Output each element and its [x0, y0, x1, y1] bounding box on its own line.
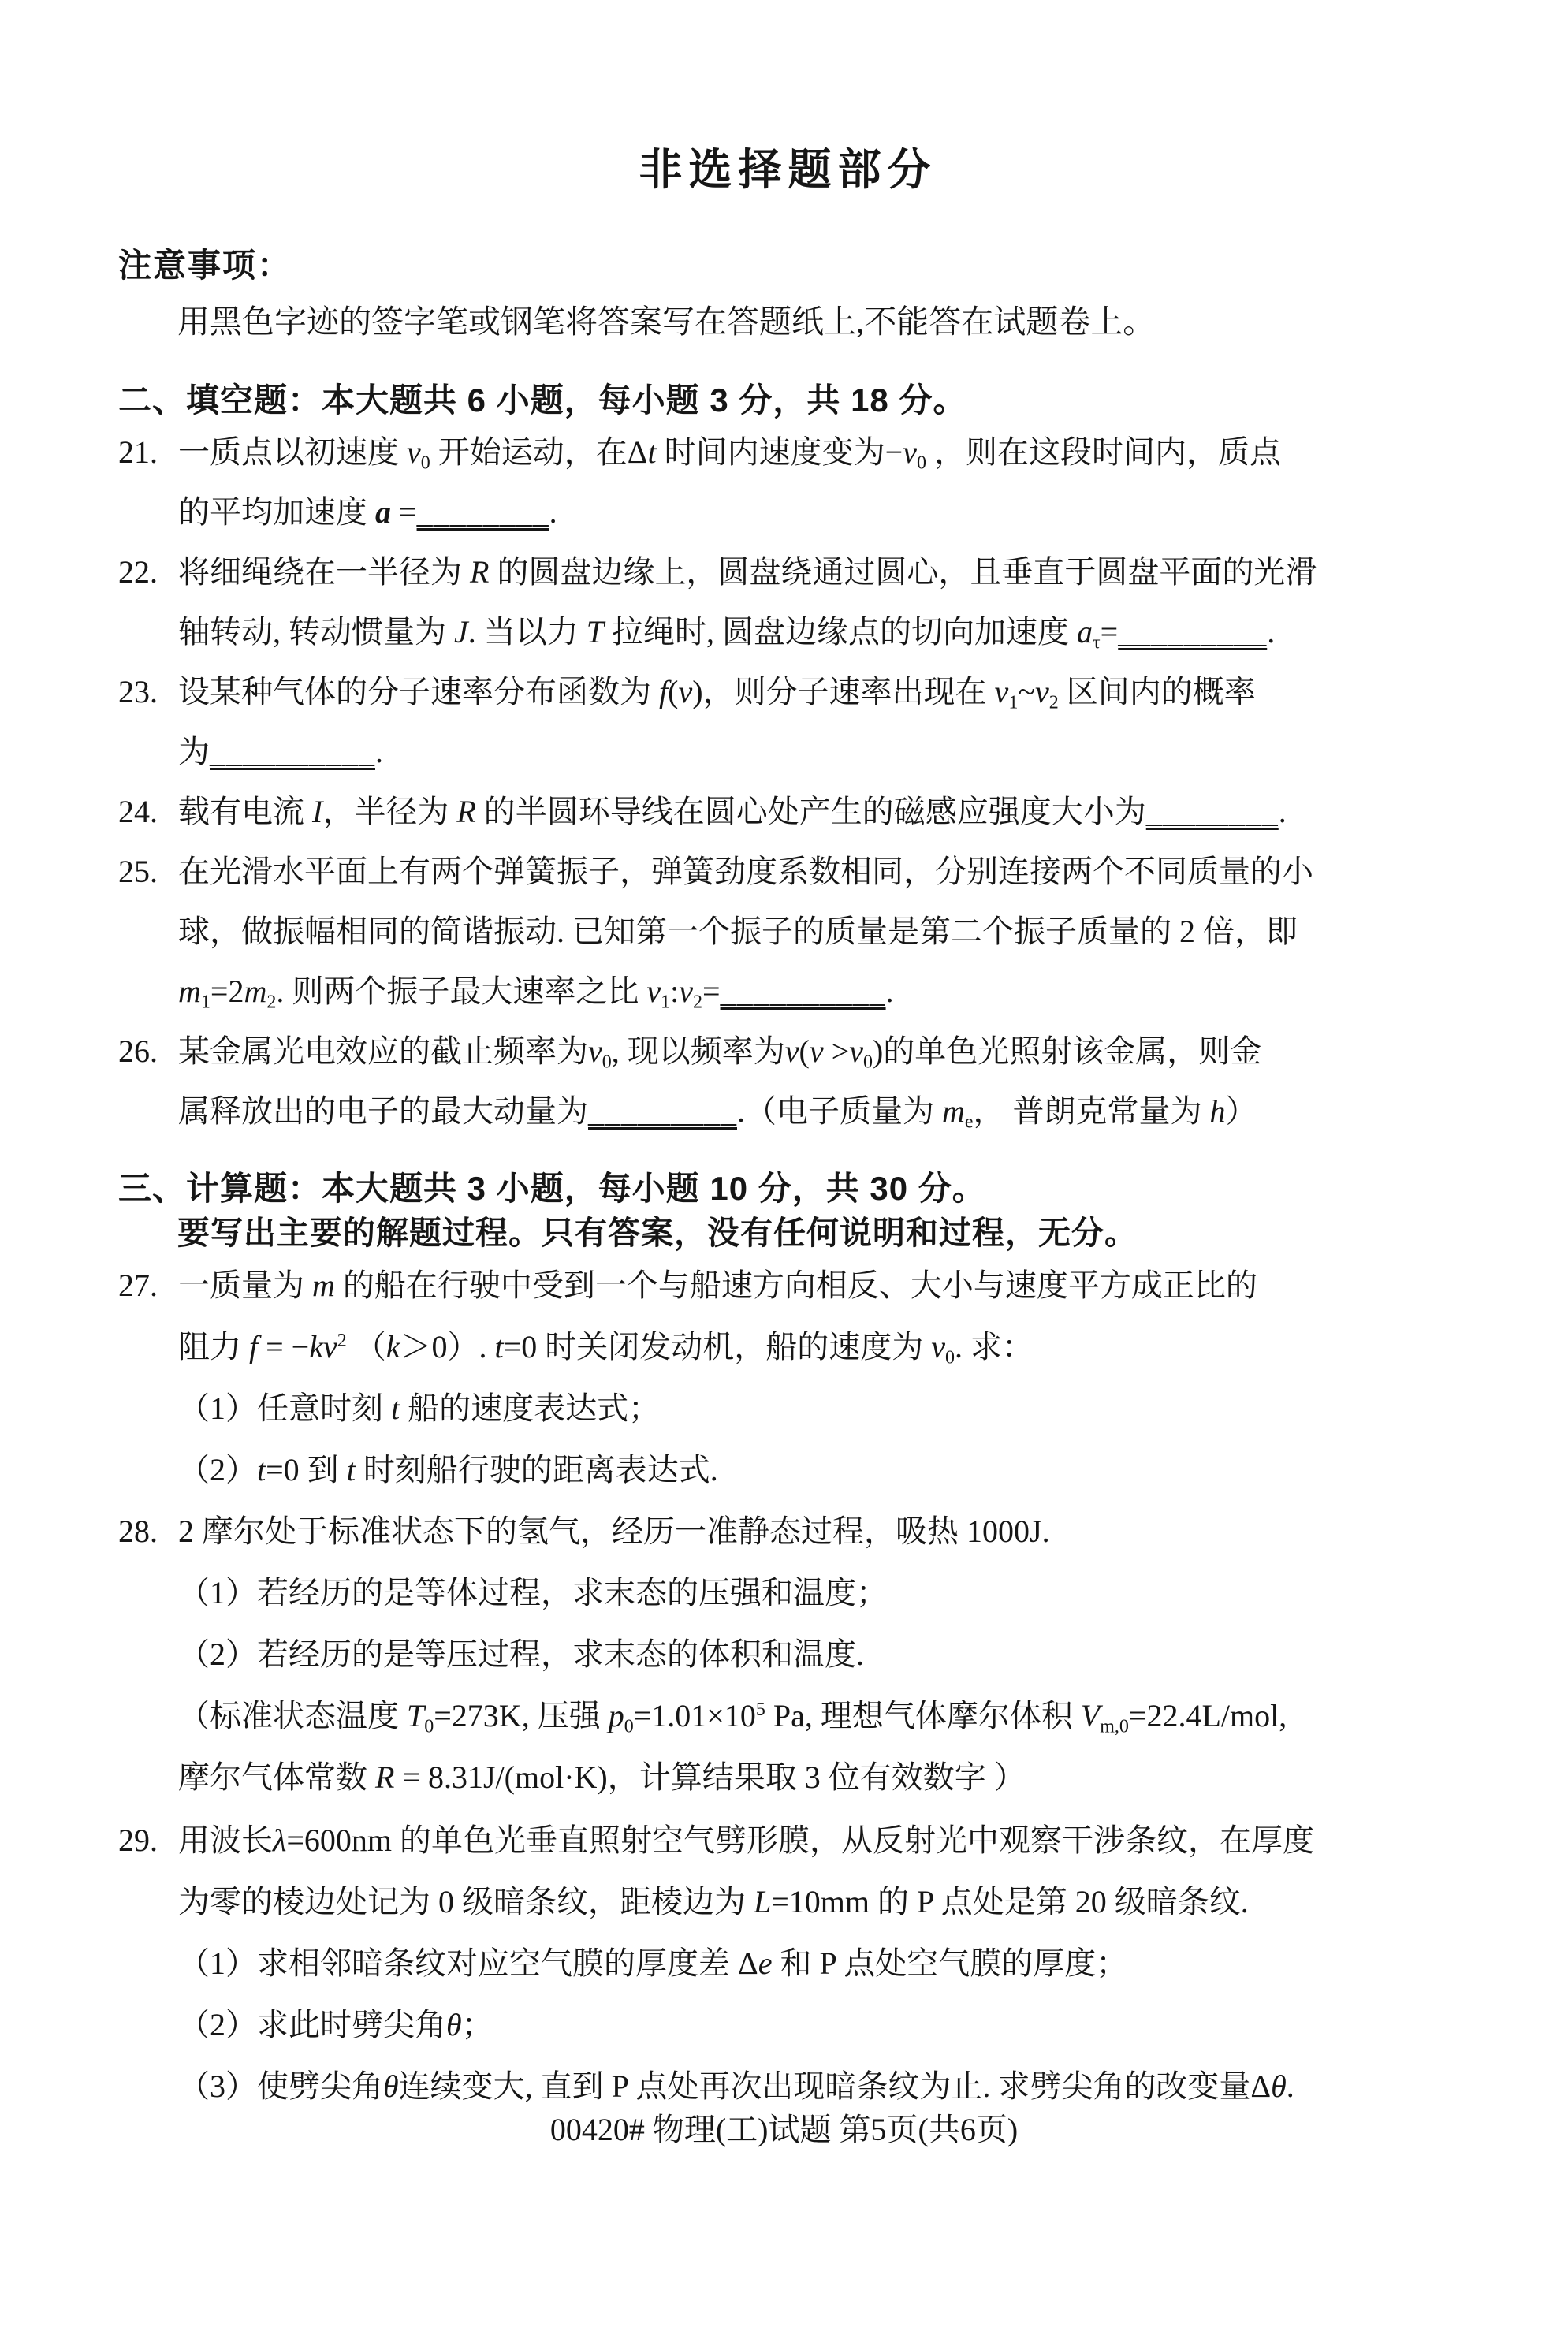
text-segment: > — [824, 1033, 850, 1069]
text-segment: = 8.31J/(mol·K)，计算结果取 3 位有效数字 ） — [394, 1759, 1025, 1795]
text-segment: 某金属光电效应的截止频率为 — [178, 1033, 588, 1069]
text-segment: ； — [462, 2007, 493, 2042]
page-title: 非选择题部分 — [118, 145, 1458, 194]
text-segment: m — [244, 974, 266, 1009]
text-segment: f — [249, 1329, 258, 1364]
text-segment: m,0 — [1100, 1717, 1129, 1737]
text-segment: I — [312, 794, 322, 829]
text-segment: （3）使劈尖角 — [178, 2068, 383, 2104]
question-29: 29. 用波长λ=600nm 的单色光垂直照射空气劈形膜，从反射光中观察干涉条纹… — [118, 1810, 1458, 2117]
question-line: 用波长λ=600nm 的单色光垂直照射空气劈形膜，从反射光中观察干涉条纹，在厚度 — [178, 1810, 1458, 1871]
text-segment: 2 — [337, 1331, 347, 1351]
text-segment: 0 — [624, 1717, 634, 1737]
text-segment: 连续变大, 直到 P 点处再次出现暗条纹为止. 求劈尖角的改变量Δ — [399, 2068, 1271, 2104]
fill-section-heading: 二、填空题：本大题共 6 小题，每小题 3 分，共 18 分。 — [118, 378, 1458, 423]
question-line: 轴转动, 转动惯量为 J. 当以力 T 拉绳时, 圆盘边缘点的切向加速度 aτ=… — [178, 602, 1458, 662]
text-segment: （2） — [178, 1452, 257, 1487]
answer-blank: __________ — [210, 734, 375, 769]
text-segment: . — [1279, 794, 1287, 829]
question-21: 21. 一质点以初速度 v0 开始运动，在Δt 时间内速度变为−v0 ，则在这段… — [118, 423, 1458, 542]
text-segment: =273K, 压强 — [434, 1698, 608, 1733]
text-segment: v — [646, 974, 661, 1009]
question-line: 阻力 f = −kv2 （k＞0）. t=0 时关闭发动机，船的速度为 v0. … — [178, 1316, 1458, 1378]
text-segment: T — [587, 614, 604, 650]
text-segment: 属释放出的电子的最大动量为 — [178, 1093, 588, 1129]
text-segment: ，则在这段时间内，质点 — [926, 434, 1281, 470]
text-segment: 一质量为 — [178, 1268, 312, 1303]
text-segment: 2 — [266, 992, 276, 1013]
question-number: 29. — [118, 1810, 158, 1871]
text-segment: 2 摩尔处于标准状态下的氢气，经历一准静态过程，吸热 1000J. — [178, 1513, 1050, 1549]
text-segment: e — [758, 1945, 773, 1981]
text-segment: 5 — [756, 1700, 765, 1720]
text-segment: , 现以频率为 — [612, 1033, 785, 1069]
question-line: 2 摩尔处于标准状态下的氢气，经历一准静态过程，吸热 1000J. — [178, 1501, 1458, 1562]
text-segment: 用波长 — [178, 1822, 273, 1858]
text-segment: . — [549, 494, 557, 530]
text-segment: （2）求此时劈尖角 — [178, 2007, 446, 2042]
text-segment: = — [702, 974, 721, 1009]
question-24: 24. 载有电流 I，半径为 R 的半圆环导线在圆心处产生的磁感应强度大小为__… — [118, 782, 1458, 842]
text-segment: 0 — [602, 1052, 612, 1073]
text-segment: 开始运动，在Δ — [430, 434, 648, 470]
text-segment: = — [1101, 614, 1119, 650]
text-segment: =0 时关闭发动机，船的速度为 — [504, 1329, 932, 1364]
answer-blank: _________ — [1118, 614, 1267, 650]
text-segment: （2）若经历的是等压过程，求末态的体积和温度. — [178, 1636, 864, 1672]
question-subitem: （1）若经历的是等体过程，求末态的压强和温度； — [178, 1562, 1458, 1624]
text-segment: .（电子质量为 — [737, 1093, 942, 1129]
text-segment: R — [456, 794, 475, 829]
text-segment: 0 — [421, 453, 430, 474]
question-line: 属释放出的电子的最大动量为_________.（电子质量为 me， 普朗克常量为… — [178, 1082, 1458, 1141]
text-segment: ， 普朗克常量为 — [974, 1093, 1210, 1129]
text-segment: . 当以力 — [468, 614, 587, 650]
answer-blank: __________ — [721, 974, 886, 1009]
text-segment: 时间内速度变为− — [657, 434, 903, 470]
text-segment: v — [931, 1329, 945, 1364]
text-segment: （1）任意时刻 — [178, 1391, 391, 1426]
text-segment: = — [391, 494, 417, 530]
calc-section-note: 要写出主要的解题过程。只有答案，没有任何说明和过程，无分。 — [118, 1211, 1458, 1255]
question-number: 26. — [118, 1022, 158, 1082]
question-subitem: （1）任意时刻 t 船的速度表达式； — [178, 1378, 1458, 1439]
question-number: 23. — [118, 662, 158, 722]
text-segment: = − — [258, 1329, 309, 1364]
question-subitem: （3）使劈尖角θ连续变大, 直到 P 点处再次出现暗条纹为止. 求劈尖角的改变量… — [178, 2056, 1458, 2117]
question-line: 的平均加速度 a =________. — [178, 482, 1458, 542]
question-number: 27. — [118, 1255, 158, 1316]
question-number: 24. — [118, 782, 158, 842]
text-segment: 船的速度表达式； — [400, 1391, 660, 1426]
text-segment: v — [903, 434, 917, 470]
text-segment: h — [1210, 1093, 1226, 1129]
text-segment: =0 到 — [266, 1452, 347, 1487]
answer-blank: _________ — [588, 1093, 737, 1129]
text-segment: k — [309, 1329, 323, 1364]
answer-blank: ________ — [417, 494, 549, 530]
text-segment: k — [386, 1329, 400, 1364]
text-segment: R — [470, 554, 489, 590]
text-segment: 将细绳绕在一半径为 — [178, 554, 470, 590]
question-number: 21. — [118, 423, 158, 482]
question-23: 23. 设某种气体的分子速率分布函数为 f(v)，则分子速率出现在 v1~v2 … — [118, 662, 1458, 782]
text-segment: 2 — [1049, 693, 1059, 713]
notes-body: 用黑色字迹的签字笔或钢笔将答案写在答题纸上,不能答在试题卷上。 — [118, 301, 1458, 342]
text-segment: v — [678, 674, 692, 709]
text-segment: τ — [1093, 633, 1101, 653]
answer-blank: ________ — [1146, 794, 1279, 829]
question-subitem: （2）若经历的是等压过程，求末态的体积和温度. — [178, 1624, 1458, 1685]
text-segment: L — [754, 1884, 771, 1919]
text-segment: )的单色光照射该金属，则金 — [873, 1033, 1261, 1069]
question-line: 设某种气体的分子速率分布函数为 f(v)，则分子速率出现在 v1~v2 区间内的… — [178, 662, 1458, 722]
text-segment: R — [375, 1759, 394, 1795]
question-27: 27. 一质量为 m 的船在行驶中受到一个与船速方向相反、大小与速度平方成正比的… — [118, 1255, 1458, 1501]
text-segment: . — [1267, 614, 1275, 650]
text-segment: 球，做振幅相同的简谐振动. 已知第一个振子的质量是第二个振子质量的 2 倍，即 — [178, 914, 1298, 949]
text-segment: 0 — [424, 1717, 434, 1737]
text-segment: =2 — [210, 974, 244, 1009]
text-segment: 设某种气体的分子速率分布函数为 — [178, 674, 659, 709]
text-segment: T — [407, 1698, 424, 1733]
question-28: 28. 2 摩尔处于标准状态下的氢气，经历一准静态过程，吸热 1000J. （1… — [118, 1501, 1458, 1808]
text-segment: t — [347, 1452, 356, 1487]
text-segment: （1）若经历的是等体过程，求末态的压强和温度； — [178, 1575, 888, 1610]
text-segment: 载有电流 — [178, 794, 312, 829]
question-line: 摩尔气体常数 R = 8.31J/(mol·K)，计算结果取 3 位有效数字 ） — [178, 1747, 1458, 1808]
calc-section-heading: 三、计算题：本大题共 3 小题，每小题 10 分，共 30 分。 — [118, 1167, 1458, 1211]
question-26: 26. 某金属光电效应的截止频率为ν0, 现以频率为ν(ν >ν0)的单色光照射… — [118, 1022, 1458, 1141]
text-segment: 阻力 — [178, 1329, 249, 1364]
text-segment: )，则分子速率出现在 — [692, 674, 994, 709]
text-segment: ν — [849, 1033, 863, 1069]
exam-page: 非选择题部分 注意事项： 用黑色字迹的签字笔或钢笔将答案写在答题纸上,不能答在试… — [0, 0, 1568, 2338]
text-segment: v — [1035, 674, 1049, 709]
text-segment: θ — [383, 2068, 399, 2104]
text-segment: （ — [347, 1329, 386, 1364]
text-segment: 的船在行驶中受到一个与船速方向相反、大小与速度平方成正比的 — [335, 1268, 1257, 1303]
text-segment: v — [323, 1329, 337, 1364]
text-segment: θ — [446, 2007, 462, 2042]
question-22: 22. 将细绳绕在一半径为 R 的圆盘边缘上，圆盘绕通过圆心，且垂直于圆盘平面的… — [118, 542, 1458, 662]
text-segment: . 求： — [955, 1329, 1034, 1364]
text-segment: . — [886, 974, 894, 1009]
text-segment: 的圆盘边缘上，圆盘绕通过圆心，且垂直于圆盘平面的光滑 — [489, 554, 1317, 590]
text-segment: 时刻船行驶的距离表达式. — [356, 1452, 718, 1487]
question-number: 25. — [118, 842, 158, 902]
text-segment: m — [178, 974, 201, 1009]
question-number: 22. — [118, 542, 158, 602]
question-subitem: （1）求相邻暗条纹对应空气膜的厚度差 Δe 和 P 点处空气膜的厚度； — [178, 1933, 1458, 1994]
text-segment: V — [1081, 1698, 1100, 1733]
text-segment: 0 — [945, 1348, 955, 1368]
text-segment: t — [391, 1391, 400, 1426]
fill-in-section: 二、填空题：本大题共 6 小题，每小题 3 分，共 18 分。 21. 一质点以… — [118, 378, 1458, 1141]
text-segment: 在光滑水平面上有两个弹簧振子，弹簧劲度系数相同，分别连接两个不同质量的小 — [178, 854, 1313, 889]
text-segment: 1 — [661, 992, 670, 1013]
question-line: 载有电流 I，半径为 R 的半圆环导线在圆心处产生的磁感应强度大小为______… — [178, 782, 1458, 842]
text-segment: 为零的棱边处记为 0 级暗条纹，距棱边为 — [178, 1884, 754, 1919]
text-segment: =10mm 的 P 点处是第 20 级暗条纹. — [771, 1884, 1249, 1919]
text-segment: t — [257, 1452, 266, 1487]
text-segment: Pa, 理想气体摩尔体积 — [765, 1698, 1081, 1733]
text-segment: : — [670, 974, 679, 1009]
text-segment: . — [1287, 2068, 1294, 2104]
question-line: 为__________. — [178, 722, 1458, 782]
text-segment: ~ — [1018, 674, 1035, 709]
text-segment: 为 — [178, 734, 210, 769]
text-segment: m — [942, 1093, 965, 1129]
text-segment: t — [495, 1329, 504, 1364]
text-segment: J — [454, 614, 468, 650]
text-segment: m — [312, 1268, 335, 1303]
page-footer: 00420# 物理(工)试题 第5页(共6页) — [0, 2111, 1568, 2149]
question-line: 在光滑水平面上有两个弹簧振子，弹簧劲度系数相同，分别连接两个不同质量的小 — [178, 842, 1458, 902]
text-segment: ，半径为 — [322, 794, 456, 829]
question-number: 28. — [118, 1501, 158, 1562]
text-segment: 轴转动, 转动惯量为 — [178, 614, 454, 650]
text-segment: ( — [799, 1033, 810, 1069]
question-line: 将细绳绕在一半径为 R 的圆盘边缘上，圆盘绕通过圆心，且垂直于圆盘平面的光滑 — [178, 542, 1458, 602]
text-segment: 的半圆环导线在圆心处产生的磁感应强度大小为 — [476, 794, 1146, 829]
text-segment: a — [375, 494, 391, 530]
text-segment: v — [679, 974, 693, 1009]
text-segment: λ — [273, 1822, 286, 1858]
text-segment: ＞0）. — [400, 1329, 495, 1364]
text-segment: （1）求相邻暗条纹对应空气膜的厚度差 Δ — [178, 1945, 758, 1981]
text-segment: t — [648, 434, 657, 470]
question-25: 25. 在光滑水平面上有两个弹簧振子，弹簧劲度系数相同，分别连接两个不同质量的小… — [118, 842, 1458, 1022]
calculation-section: 三、计算题：本大题共 3 小题，每小题 10 分，共 30 分。 要写出主要的解… — [118, 1167, 1458, 2117]
text-segment: =1.01×10 — [634, 1698, 756, 1733]
text-segment: =600nm 的单色光垂直照射空气劈形膜，从反射光中观察干涉条纹，在厚度 — [286, 1822, 1314, 1858]
notes-heading: 注意事项： — [118, 246, 1458, 285]
question-line: （标准状态温度 T0=273K, 压强 p0=1.01×105 Pa, 理想气体… — [178, 1685, 1458, 1747]
text-segment: θ — [1271, 2068, 1287, 2104]
text-segment: 一质点以初速度 — [178, 434, 407, 470]
text-segment: . — [375, 734, 383, 769]
text-segment: 和 P 点处空气膜的厚度； — [773, 1945, 1128, 1981]
question-line: 一质量为 m 的船在行驶中受到一个与船速方向相反、大小与速度平方成正比的 — [178, 1255, 1458, 1316]
question-subitem: （2）求此时劈尖角θ； — [178, 1994, 1458, 2056]
question-line: 某金属光电效应的截止频率为ν0, 现以频率为ν(ν >ν0)的单色光照射该金属，… — [178, 1022, 1458, 1082]
text-segment: 0 — [917, 453, 926, 474]
text-segment: f — [659, 674, 668, 709]
text-segment: 1 — [1008, 693, 1018, 713]
text-segment: e — [965, 1112, 974, 1133]
text-segment: 的平均加速度 — [178, 494, 375, 530]
question-subitem: （2）t=0 到 t 时刻船行驶的距离表达式. — [178, 1439, 1458, 1501]
text-segment: ν — [785, 1033, 799, 1069]
question-line: m1=2m2. 则两个振子最大速率之比 v1:v2=__________. — [178, 962, 1458, 1022]
text-segment: p — [609, 1698, 624, 1733]
text-segment: ( — [668, 674, 678, 709]
question-line: 一质点以初速度 v0 开始运动，在Δt 时间内速度变为−v0 ，则在这段时间内，… — [178, 423, 1458, 482]
text-segment: v — [407, 434, 421, 470]
text-segment: 摩尔气体常数 — [178, 1759, 375, 1795]
question-line: 球，做振幅相同的简谐振动. 已知第一个振子的质量是第二个振子质量的 2 倍，即 — [178, 902, 1458, 962]
text-segment: . 则两个振子最大速率之比 — [276, 974, 646, 1009]
text-segment: 区间内的概率 — [1059, 674, 1256, 709]
text-segment: 2 — [693, 992, 702, 1013]
page-content: 非选择题部分 注意事项： 用黑色字迹的签字笔或钢笔将答案写在答题纸上,不能答在试… — [0, 0, 1568, 2117]
text-segment: 1 — [201, 992, 210, 1013]
text-segment: 拉绳时, 圆盘边缘点的切向加速度 — [604, 614, 1077, 650]
text-segment: ） — [1226, 1093, 1257, 1129]
text-segment: ν — [588, 1033, 602, 1069]
text-segment: a — [1077, 614, 1093, 650]
text-segment: v — [995, 674, 1009, 709]
text-segment: ν — [810, 1033, 824, 1069]
text-segment: （标准状态温度 — [178, 1698, 407, 1733]
text-segment: 0 — [863, 1052, 873, 1073]
text-segment: =22.4L/mol, — [1129, 1698, 1287, 1733]
question-line: 为零的棱边处记为 0 级暗条纹，距棱边为 L=10mm 的 P 点处是第 20 … — [178, 1871, 1458, 1933]
